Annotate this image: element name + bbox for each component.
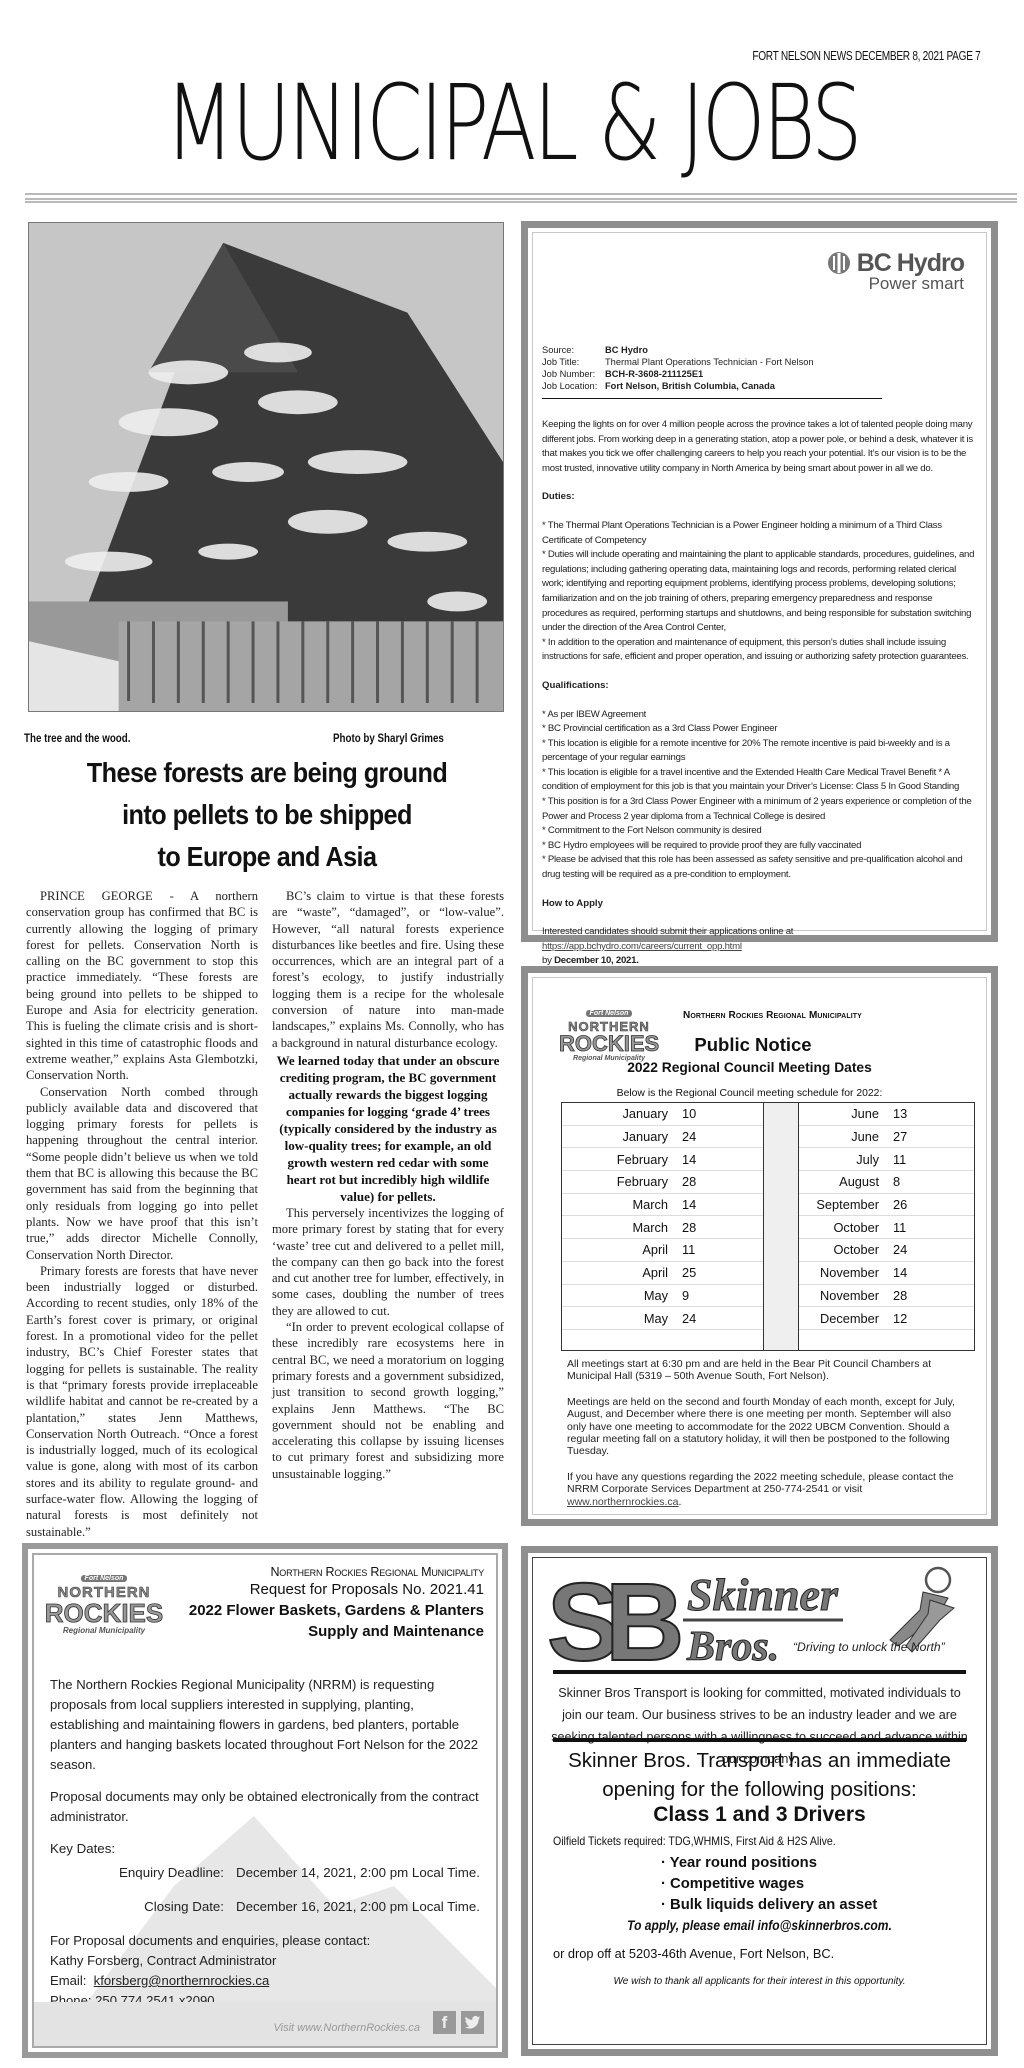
svg-text:B: B: [605, 1564, 684, 1668]
closing-date: Closing Date:December 16, 2021, 2:00 pm …: [50, 1897, 484, 1917]
meta-source: Source:BC Hydro: [542, 344, 882, 356]
bc-hydro-logo: BC Hydro Power smart: [827, 251, 964, 292]
rfp-flower-baskets-ad: Fort Nelson NORTHERN ROCKIES Regional Mu…: [22, 1543, 508, 2058]
rfp-header: Northern Rockies Regional Municipality R…: [189, 1565, 484, 1642]
schedule-row: November28: [799, 1285, 974, 1308]
tickets-required: Oilfield Tickets required: TDG,WHMIS, Fi…: [553, 1834, 836, 1848]
divider: [553, 1738, 966, 1742]
visit-website-link[interactable]: Visit www.NorthernRockies.ca: [273, 2022, 420, 2034]
schedule-row: March28: [562, 1216, 763, 1239]
bc-hydro-emblem-icon: [827, 251, 851, 275]
skinner-bros-job-ad: S B Skinner Bros. “Driving to unlock the…: [521, 1546, 998, 2056]
notice-title: Public Notice: [633, 1034, 873, 1056]
article-paragraph: BC’s claim to virtue is that these fores…: [272, 888, 504, 1051]
tree-photo: [28, 222, 504, 712]
twitter-icon[interactable]: [461, 2011, 484, 2034]
schedule-row: March14: [562, 1194, 763, 1217]
schedule-row: October11: [799, 1216, 974, 1239]
meeting-schedule-table: January10 January24 February14 February2…: [561, 1102, 975, 1351]
meta-job-number: Job Number:BCH-R-3608-211125E1: [542, 368, 882, 380]
duty-item: * Duties will include operating and main…: [542, 548, 977, 636]
divider: [553, 1670, 966, 1674]
notice-paragraph: Meetings are held on the second and four…: [567, 1396, 956, 1458]
job-meta: Source:BC Hydro Job Title:Thermal Plant …: [542, 344, 882, 399]
rfp-paragraph: The Northern Rockies Regional Municipali…: [50, 1675, 484, 1775]
brand-name: BC Hydro: [857, 256, 964, 271]
schedule-row: February14: [562, 1148, 763, 1171]
schedule-row: June13: [799, 1103, 974, 1126]
qualification-item: * This location is eligible for a travel…: [542, 766, 977, 795]
schedule-row: November14: [799, 1262, 974, 1285]
page-folio: FORT NELSON NEWS DECEMBER 8, 2021 PAGE 7: [752, 48, 980, 63]
bc-hydro-job-ad: BC Hydro Power smart Source:BC Hydro Job…: [521, 221, 998, 942]
rfp-subtitle: Supply and Maintenance: [189, 1621, 484, 1642]
schedule-row: May9: [562, 1285, 763, 1308]
article-headline: These forests are being ground into pell…: [47, 752, 488, 878]
apply-deadline: December 10, 2021.: [554, 955, 639, 966]
schedule-row: April25: [562, 1262, 763, 1285]
schedule-row: October24: [799, 1239, 974, 1262]
headline-line: into pellets to be shipped: [47, 794, 488, 836]
key-dates-heading: Key Dates:: [50, 1839, 484, 1859]
schedule-divider: [764, 1103, 799, 1350]
masthead-rule: [25, 193, 1017, 203]
duty-item: * In addition to the operation and maint…: [542, 636, 977, 665]
svg-text:Skinner: Skinner: [687, 1569, 839, 1620]
drop-off-address: or drop off at 5203-46th Avenue, Fort Ne…: [553, 1946, 834, 1961]
rfp-contact: For Proposal documents and enquiries, pl…: [50, 1931, 484, 2011]
apply-heading: How to Apply: [542, 897, 977, 912]
pull-quote: We learned today that under an obscure c…: [272, 1052, 504, 1205]
nrrm-logo: Fort Nelson NORTHERN ROCKIES Regional Mu…: [44, 1567, 164, 1635]
rfp-number: Request for Proposals No. 2021.41: [189, 1579, 484, 1600]
schedule-row: September26: [799, 1194, 974, 1217]
qualification-item: * BC Provincial certification as a 3rd C…: [542, 722, 977, 737]
facebook-icon[interactable]: f: [433, 2011, 456, 2034]
qualification-item: * Commitment to the Fort Nelson communit…: [542, 824, 977, 839]
apply-text: Interested candidates should submit thei…: [542, 925, 977, 969]
meta-job-location: Job Location:Fort Nelson, British Columb…: [542, 380, 882, 392]
schedule-row: December12: [799, 1307, 974, 1330]
position-title: Class 1 and 3 Drivers: [533, 1803, 986, 1827]
notice-subtitle: 2022 Regional Council Meeting Dates: [533, 1060, 986, 1075]
rfp-body: The Northern Rockies Regional Municipali…: [50, 1675, 484, 2011]
schedule-row: April11: [562, 1239, 763, 1262]
notice-paragraph: If you have any questions regarding the …: [567, 1471, 956, 1508]
schedule-row: June27: [799, 1126, 974, 1149]
article-paragraph: PRINCE GEORGE - A northern conservation …: [26, 888, 258, 1084]
photo-caption: The tree and the wood.: [24, 733, 130, 745]
nrrm-website-link[interactable]: www.northernrockies.ca: [567, 1496, 678, 1508]
schedule-row: May24: [562, 1307, 763, 1330]
schedule-column-jun-dec: June13 June27 July11 August8 September26…: [799, 1103, 974, 1350]
schedule-row: August8: [799, 1171, 974, 1194]
article-column-2: BC’s claim to virtue is that these fores…: [272, 888, 504, 1482]
qualification-item: * This location is eligible for a remote…: [542, 737, 977, 766]
benefit-item: · Year round positions: [661, 1853, 877, 1874]
article-paragraph: Primary forests are forests that have ne…: [26, 1263, 258, 1540]
qualification-item: * As per IBEW Agreement: [542, 708, 977, 723]
headline-line: to Europe and Asia: [47, 836, 488, 878]
section-title: MUNICIPAL & JOBS: [113, 68, 912, 178]
notice-org: Northern Rockies Regional Municipality: [683, 1010, 862, 1021]
qualification-item: * Please be advised that this role has b…: [542, 853, 977, 882]
job-intro: Keeping the lights on for over 4 million…: [542, 418, 977, 476]
snowy-tree-image: [29, 223, 503, 711]
enquiry-deadline: Enquiry Deadline:December 14, 2021, 2:00…: [50, 1863, 484, 1883]
rfp-title: 2022 Flower Baskets, Gardens & Planters: [189, 1600, 484, 1621]
article-paragraph: Conservation North combed through public…: [26, 1084, 258, 1263]
schedule-row: January10: [562, 1103, 763, 1126]
contact-email-link[interactable]: kforsberg@northernrockies.ca: [94, 1973, 270, 1988]
thanks-note: We wish to thank all applicants for thei…: [533, 1976, 986, 1987]
meta-job-title: Job Title:Thermal Plant Operations Techn…: [542, 356, 882, 368]
opening-announcement: Skinner Bros. Transport has an immediate…: [539, 1746, 980, 1804]
article-column-1: PRINCE GEORGE - A northern conservation …: [26, 888, 258, 1540]
brand-tagline: Power smart: [827, 277, 964, 292]
benefit-item: · Bulk liquids delivery an asset: [661, 1895, 877, 1916]
duties-heading: Duties:: [542, 490, 977, 505]
key-dates: Key Dates: Enquiry Deadline:December 14,…: [50, 1839, 484, 1917]
rfp-paragraph: Proposal documents may only be obtained …: [50, 1787, 484, 1827]
benefit-item: · Competitive wages: [661, 1874, 877, 1895]
apply-email[interactable]: To apply, please email info@skinnerbros.…: [556, 1918, 964, 1933]
careers-link[interactable]: https://app.bchydro.com/careers/current_…: [542, 941, 742, 952]
job-description: Keeping the lights on for over 4 million…: [542, 418, 977, 969]
headline-line: These forests are being ground: [47, 752, 488, 794]
schedule-row: July11: [799, 1148, 974, 1171]
skinner-tagline: “Driving to unlock the North”: [793, 1640, 945, 1654]
schedule-row: February28: [562, 1171, 763, 1194]
article-paragraph: “In order to prevent ecological collapse…: [272, 1319, 504, 1482]
qualifications-heading: Qualifications:: [542, 679, 977, 694]
article-paragraph: This perversely incentivizes the logging…: [272, 1205, 504, 1319]
qualification-item: * BC Hydro employees will be required to…: [542, 839, 977, 854]
notice-body: All meetings start at 6:30 pm and are he…: [567, 1358, 956, 1521]
notice-intro: Below is the Regional Council meeting sc…: [533, 1088, 986, 1099]
duty-item: * The Thermal Plant Operations Technicia…: [542, 519, 977, 548]
photo-credit: Photo by Sharyl Grimes: [333, 733, 444, 745]
rfp-footer: [34, 2002, 496, 2046]
schedule-row: January24: [562, 1126, 763, 1149]
svg-text:Bros.: Bros.: [686, 1624, 779, 1668]
benefits-list: · Year round positions · Competitive wag…: [661, 1853, 877, 1916]
qualification-item: * This position is for a 3rd Class Power…: [542, 795, 977, 824]
council-meeting-notice: Fort Nelson NORTHERN ROCKIES Regional Mu…: [521, 966, 998, 1526]
notice-paragraph: All meetings start at 6:30 pm and are he…: [567, 1358, 956, 1383]
schedule-column-jan-may: January10 January24 February14 February2…: [562, 1103, 764, 1350]
